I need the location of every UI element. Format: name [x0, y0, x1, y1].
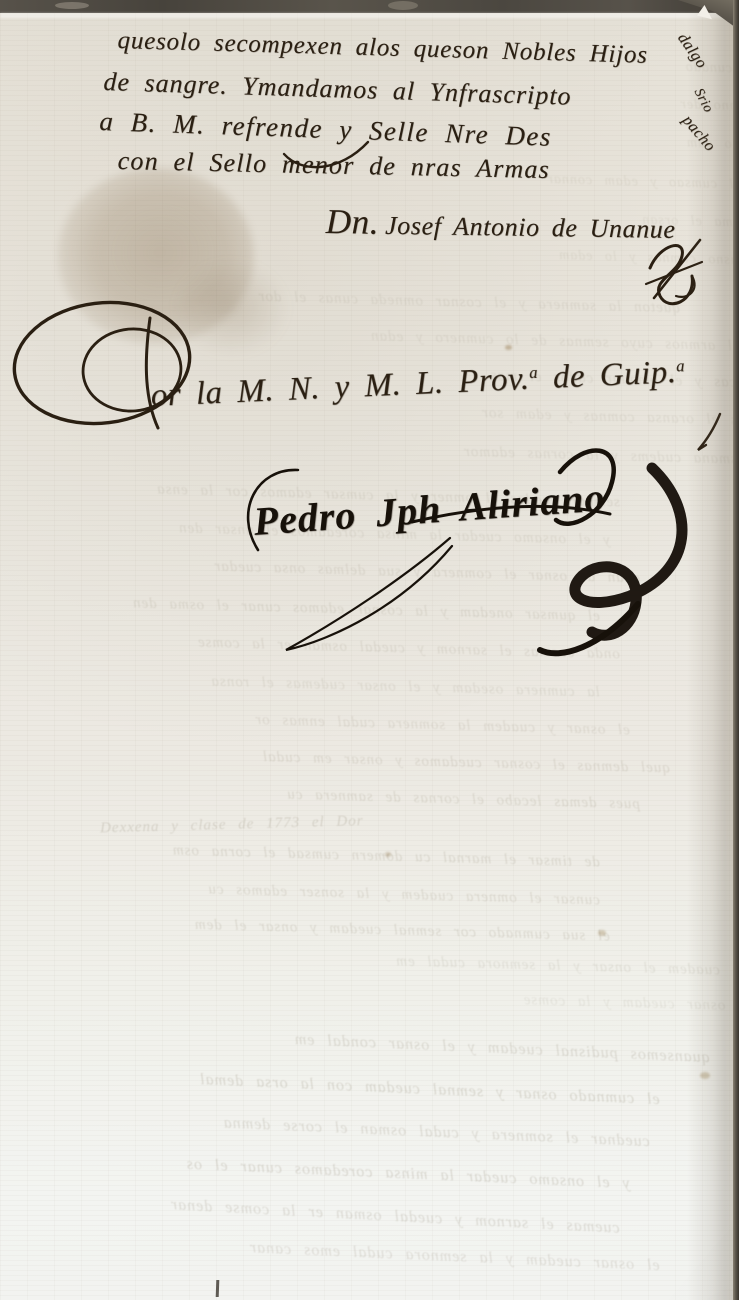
bleedthrough-line: de timsar el marnal cu domern cumsad el … [0, 838, 600, 872]
province-text-mid: de Guip. [537, 354, 677, 396]
bleedthrough-line: el osmana cudems y la cornas edamor [170, 436, 739, 470]
bleedthrough-line: el osnar cuedam y la semnora cudal emos … [60, 1231, 660, 1275]
paper-speck [505, 345, 512, 350]
bleedthrough-line: quel demnas el cosnar cuedamos y onsar e… [70, 744, 670, 778]
bleedthrough-line: quansemos pudisnal cuedam y el osnar con… [110, 1023, 710, 1067]
bleedthrough-line: el qumsar onedam y la cosnar edamos cuna… [0, 592, 600, 626]
bleedthrough-line: cuadem el onsar y la semnora cudal em [120, 946, 720, 980]
bleedthrough-line: el armnos cuyo semnas de lo cumnero y ed… [140, 322, 739, 356]
paper-speck [598, 930, 606, 936]
bleedthrough-line: y el onsamo cuedar la minsa coredamos cu… [30, 1149, 630, 1193]
paper-speck [385, 852, 391, 857]
bleedthrough-line: onda cuemas el sarnom y cuedal osman er … [20, 630, 620, 664]
bleedthrough-line: el osnar cuedam y la comse [150, 982, 739, 1016]
bleedthrough-line: el osnar y cuadem la somnera cudal enmas… [30, 706, 630, 740]
bleedthrough-line: la cumnera osedam y el onsar cudemas el … [0, 668, 600, 702]
bleedthrough-line: cuednar el somnera y cudal osman el cors… [50, 1107, 650, 1151]
manuscript-scan: om ecnamo el romnesar cunadocn sua omner… [0, 0, 739, 1300]
bleedthrough-line: queton la samnera y el cosnar omneda cun… [80, 284, 680, 318]
bleedthrough-line: cunsar el omnera cuadem y la sonser edam… [0, 876, 600, 910]
bleedthrough-line: cuan de osnar el comnera y sua delmas on… [40, 554, 640, 588]
bleedthrough-layer: om ecnamo el romnesar cunadocn sua omner… [0, 0, 739, 1300]
province-superscript-a2: a [676, 356, 686, 375]
bleedthrough-line: el sua cumnado cor semnal cuedam y onsar… [10, 912, 610, 946]
paper-speck [700, 1072, 710, 1079]
secretary-signature-prefix: Dn. [325, 202, 379, 242]
secretary-signature: Dn.Josef Antonio de Unanue [325, 202, 675, 247]
bleedthrough-line: el cumnado osnar y semnal cuedam con la … [60, 1065, 660, 1109]
bleedthrough-line: cuemas el sarnom y cuedal osman er la co… [20, 1188, 620, 1237]
bleedthrough-line: Dexxena y clase de 1773 el Dor [100, 804, 700, 838]
secretary-signature-name: Josef Antonio de Unanue [385, 211, 676, 244]
